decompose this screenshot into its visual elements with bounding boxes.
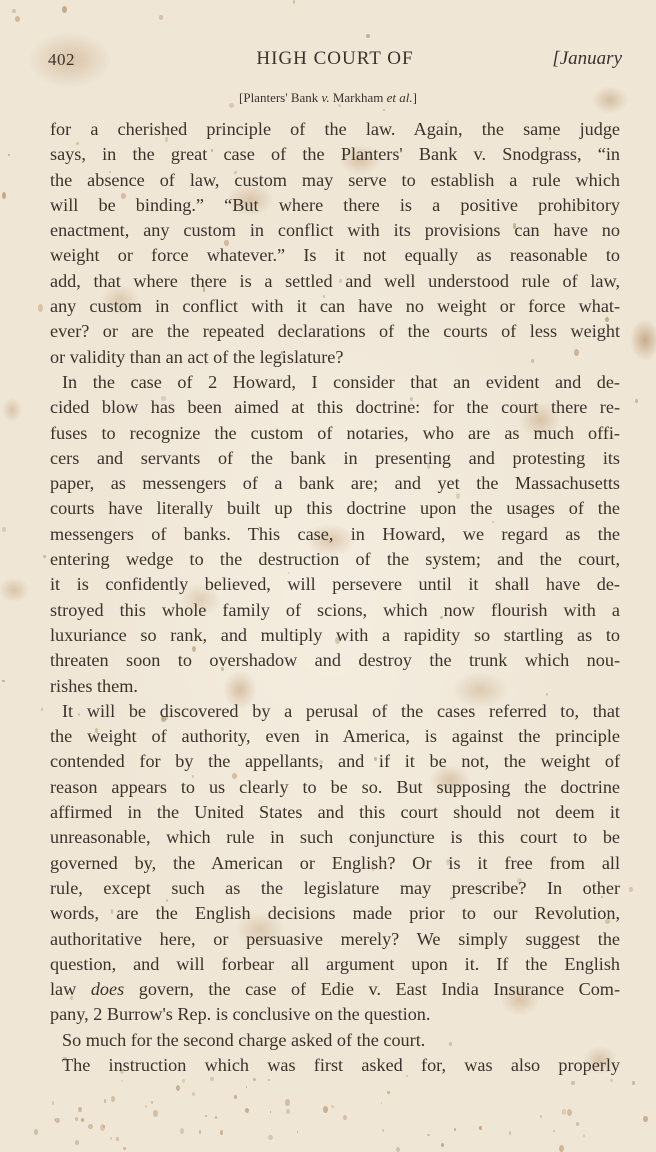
case-caption-open: [Planters' Bank <box>239 90 322 105</box>
text-line: governed by, the American or English? Or… <box>50 851 620 876</box>
foxing-speckle <box>245 1108 249 1113</box>
text-line: affirmed in the United States and this c… <box>50 800 620 825</box>
text-line: stroyed this whole family of scions, whi… <box>50 598 620 623</box>
foxing-speckle <box>62 6 67 13</box>
text-line: rishes them. <box>50 674 620 699</box>
paragraph-start-line: So much for the second charge asked of t… <box>50 1028 620 1053</box>
foxing-speckle <box>116 1137 119 1140</box>
text-line: ever? or are the repeated declarations o… <box>50 319 620 344</box>
foxing-speckle <box>441 1143 444 1147</box>
text-line: fuses to recognize the custom of notarie… <box>50 421 620 446</box>
foxing-speckle <box>286 1109 290 1114</box>
foxing-speckle <box>220 1130 223 1135</box>
foxing-speckle <box>635 399 638 403</box>
foxing-speckle <box>215 1116 217 1119</box>
case-caption-versus: v. <box>322 90 330 105</box>
foxing-speckle <box>610 1079 612 1082</box>
text-line: the absence of law, custom may serve to … <box>50 168 620 193</box>
foxing-speckle <box>34 1129 39 1135</box>
page-header: 402 HIGH COURT OF [January <box>48 48 622 76</box>
text-line: for a cherished principle of the law. Ag… <box>50 117 620 142</box>
text-line: enactment, any custom in conflict with i… <box>50 218 620 243</box>
foxing-speckle <box>111 1096 115 1102</box>
foxing-speckle <box>176 1085 180 1091</box>
foxing-speckle <box>366 34 369 39</box>
foxing-speckle <box>297 1131 299 1133</box>
text-line: or validity than an act of the legislatu… <box>50 345 620 370</box>
text-line: luxuriance so rank, and multiply with a … <box>50 623 620 648</box>
foxing-speckle <box>75 1140 79 1145</box>
foxing-speckle <box>38 304 43 311</box>
text-line: contended for by the appellants, and if … <box>50 749 620 774</box>
text-line: courts have literally built up this doct… <box>50 496 620 521</box>
foxing-speckle <box>559 1145 564 1152</box>
foxing-speckle <box>454 1128 456 1131</box>
text-line: the weight of authority, even in America… <box>50 724 620 749</box>
foxing-speckle <box>331 1105 333 1108</box>
foxing-speckle <box>576 1122 578 1126</box>
foxing-speckle <box>88 1124 92 1129</box>
text-line: says, in the great case of the Planters'… <box>50 142 620 167</box>
foxing-speckle <box>180 1128 184 1134</box>
foxing-speckle <box>479 1126 482 1129</box>
text-line: rule, except such as the legislature may… <box>50 876 620 901</box>
paragraph-start-line: The instruction which was first asked fo… <box>50 1053 620 1078</box>
foxing-speckle <box>2 527 5 531</box>
case-caption-middle: Markham <box>330 90 387 105</box>
foxing-speckle <box>387 1091 390 1094</box>
text-line: messengers of banks. This case, in Howar… <box>50 522 620 547</box>
text-fragment: govern, the case of Edie v. East India I… <box>124 979 620 999</box>
foxing-speckle <box>55 1118 60 1123</box>
foxing-speckle <box>12 9 16 13</box>
foxing-speckle <box>583 1134 585 1136</box>
foxing-speckle <box>199 1130 201 1134</box>
text-line: reason appears to us clearly to be so. B… <box>50 775 620 800</box>
text-line: weight or force whatever.” Is it not equ… <box>50 243 620 268</box>
foxing-speckle <box>567 1109 572 1116</box>
foxing-speckle <box>571 1081 574 1085</box>
text-line: cers and servants of the bank in present… <box>50 446 620 471</box>
text-line: pany, 2 Burrow's Rep. is conclusive on t… <box>50 1002 620 1027</box>
text-line: will be binding.” “But where there is a … <box>50 193 620 218</box>
foxing-speckle <box>43 555 45 558</box>
foxing-speckle <box>562 1109 567 1115</box>
foxing-speckle <box>110 1137 112 1139</box>
case-caption: [Planters' Bank v. Markham et al.] <box>0 90 656 106</box>
text-line: question, and will forbear all argument … <box>50 952 620 977</box>
foxing-speckle <box>145 1105 147 1107</box>
foxing-speckle <box>78 1107 81 1112</box>
paragraph-start-line: In the case of 2 Howard, I consider that… <box>50 370 620 395</box>
text-line: it is confidently believed, will perseve… <box>50 572 620 597</box>
foxing-speckle <box>427 1134 429 1137</box>
foxing-speckle <box>553 1130 555 1132</box>
text-line: unreasonable, which rule in such conjunc… <box>50 825 620 850</box>
case-caption-et-al: et al. <box>387 90 413 105</box>
text-line-edie: law does govern, the case of Edie v. Eas… <box>50 977 620 1002</box>
text-line: paper, as messengers of a bank are; and … <box>50 471 620 496</box>
foxing-speckle <box>285 1099 290 1105</box>
foxing-speckle <box>540 1115 542 1117</box>
foxing-speckle <box>268 1135 273 1140</box>
text-line: words, are the English decisions made pr… <box>50 901 620 926</box>
running-head: HIGH COURT OF <box>48 48 622 70</box>
foxing-speckle <box>182 1079 185 1083</box>
foxing-speckle <box>323 1106 328 1113</box>
foxing-speckle <box>75 1117 78 1121</box>
text-line: threaten soon to overshadow and destroy … <box>50 648 620 673</box>
foxing-speckle <box>268 1079 270 1082</box>
text-line: add, that where there is a settled and w… <box>50 269 620 294</box>
text-fragment: law <box>50 979 91 999</box>
foxing-speckle <box>81 1118 84 1122</box>
foxing-speckle <box>629 887 633 892</box>
case-caption-close: ] <box>413 90 417 105</box>
running-month: [January <box>552 48 622 70</box>
foxing-speckle <box>205 1115 207 1117</box>
text-line: authoritative here, or persuasive merely… <box>50 927 620 952</box>
paragraph-start-line: It will be discovered by a perusal of th… <box>50 699 620 724</box>
foxing-speckle <box>343 1115 347 1121</box>
text-line: cided blow has been aimed at this doctri… <box>50 395 620 420</box>
body-text: for a cherished principle of the law. Ag… <box>50 117 620 1078</box>
emphasis-does: does <box>91 979 124 999</box>
text-line: entering wedge to the destruction of the… <box>50 547 620 572</box>
foxing-speckle <box>153 1110 158 1116</box>
foxing-speckle <box>396 1147 400 1152</box>
text-line: any custom in conflict with it can have … <box>50 294 620 319</box>
